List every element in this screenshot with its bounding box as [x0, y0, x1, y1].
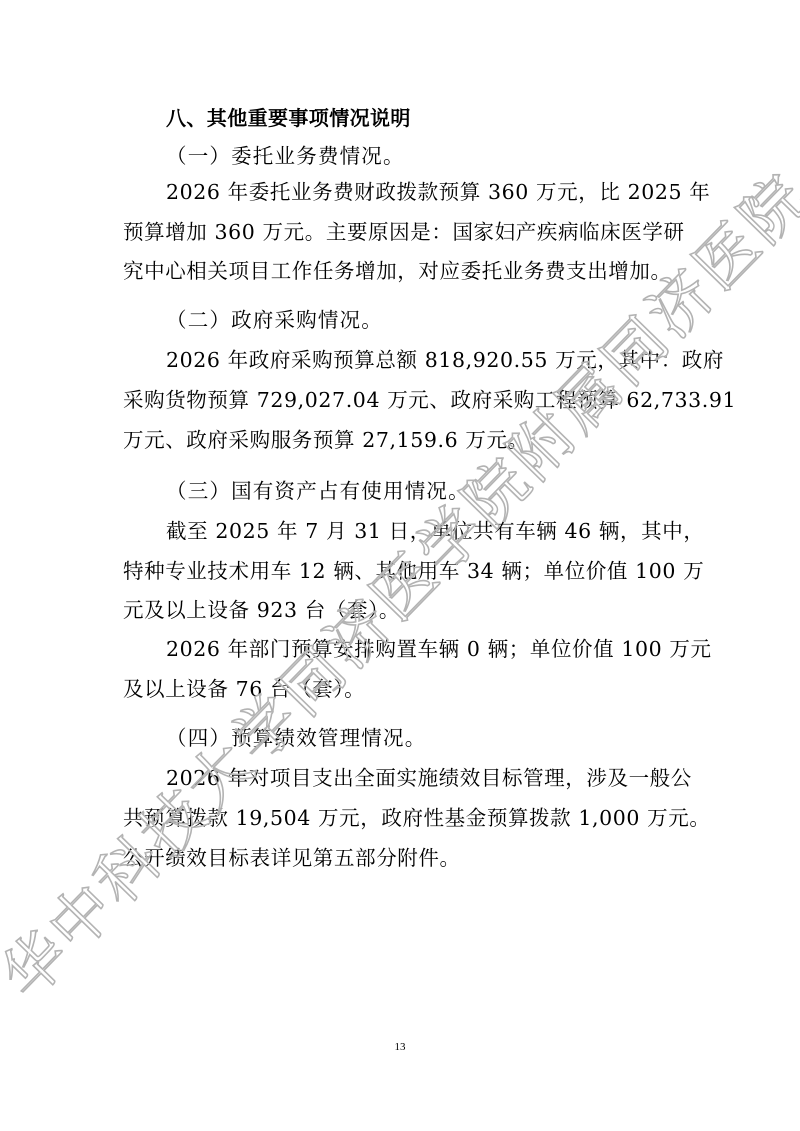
paragraph-line: 及以上设备 76 台（套）。 [123, 674, 365, 704]
paragraph-line: 究中心相关项目工作任务增加，对应委托业务费支出增加。 [123, 256, 655, 286]
document-page: 八、其他重要事项情况说明 （一）委托业务费情况。 2026 年委托业务费财政拨款… [0, 0, 800, 1131]
paragraph-line: 万元、政府采购服务预算 27,159.6 万元。 [123, 425, 529, 455]
page-number: 13 [0, 1041, 800, 1053]
subsection-heading-4: （四）预算绩效管理情况。 [166, 723, 426, 753]
section-title: 八、其他重要事项情况说明 [166, 103, 411, 133]
paragraph-line: 采购货物预算 729,027.04 万元、政府采购工程预算 62,733.91 [123, 385, 655, 415]
paragraph-line: 公开绩效目标表详见第五部分附件。 [123, 843, 461, 873]
paragraph-line: 2026 年对项目支出全面实施绩效目标管理，涉及一般公 [166, 763, 658, 793]
paragraph-line: 2026 年政府采购预算总额 818,920.55 万元，其中：政府 [166, 345, 658, 375]
paragraph-line: 截至 2025 年 7 月 31 日，单位共有车辆 46 辆，其中， [166, 516, 658, 546]
paragraph-line: 元及以上设备 923 台（套）。 [123, 595, 400, 625]
paragraph-line: 特种专业技术用车 12 辆、其他用车 34 辆；单位价值 100 万 [123, 556, 655, 586]
paragraph-line: 2026 年委托业务费财政拨款预算 360 万元，比 2025 年 [166, 177, 658, 207]
subsection-heading-3: （三）国有资产占有使用情况。 [166, 476, 470, 506]
paragraph-line: 2026 年部门预算安排购置车辆 0 辆；单位价值 100 万元 [166, 634, 658, 664]
paragraph-line: 共预算拨款 19,504 万元，政府性基金预算拨款 1,000 万元。 [123, 803, 655, 833]
subsection-heading-1: （一）委托业务费情况。 [166, 141, 405, 171]
paragraph-line: 预算增加 360 万元。主要原因是：国家妇产疾病临床医学研 [123, 217, 655, 247]
subsection-heading-2: （二）政府采购情况。 [166, 305, 383, 335]
